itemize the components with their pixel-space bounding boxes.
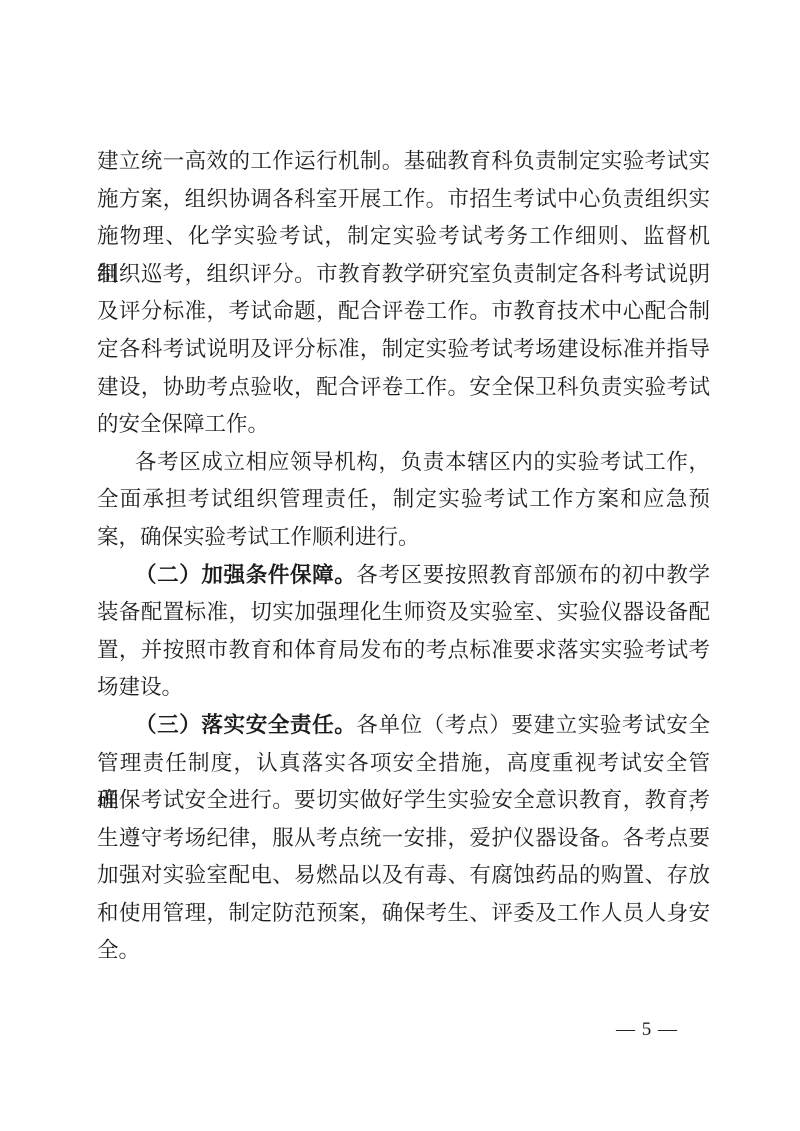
text-line: 管理责任制度，认真落实各项安全措施，高度重视考试安全管理，: [97, 745, 710, 783]
text-line: 定各科考试说明及评分标准，制定实验考试考场建设标准并指导: [97, 331, 710, 369]
document-body: 建立统一高效的工作运行机制。基础教育科负责制定实验考试实施方案，组织协调各科室开…: [97, 143, 710, 970]
text-line: 建设，协助考点验收，配合评卷工作。安全保卫科负责实验考试: [97, 369, 710, 407]
text-line: 及评分标准，考试命题，配合评卷工作。市教育技术中心配合制: [97, 293, 710, 331]
text-line: 场建设。: [97, 669, 710, 707]
text-line: 案，确保实验考试工作顺利进行。: [97, 519, 710, 557]
text-line: 建立统一高效的工作运行机制。基础教育科负责制定实验考试实: [97, 143, 710, 181]
text-line: （二）加强条件保障。各考区要按照教育部颁布的初中教学: [97, 557, 710, 595]
text-line: 确保考试安全进行。要切实做好学生实验安全意识教育，教育考: [97, 782, 710, 820]
text-line: 的安全保障工作。: [97, 406, 710, 444]
section-heading: （三）落实安全责任。: [135, 713, 356, 737]
text-line: （三）落实安全责任。各单位（考点）要建立实验考试安全: [97, 707, 710, 745]
text-line: 和使用管理，制定防范预案，确保考生、评委及工作人员人身安: [97, 895, 710, 933]
text-line: 加强对实验室配电、易燃品以及有毒、有腐蚀药品的购置、存放: [97, 857, 710, 895]
text-line: 生遵守考场纪律，服从考点统一安排，爱护仪器设备。各考点要: [97, 820, 710, 858]
text-line: 装备配置标准，切实加强理化生师资及实验室、实验仪器设备配: [97, 594, 710, 632]
section-heading: （二）加强条件保障。: [135, 563, 356, 587]
text-line: 组织巡考，组织评分。市教育教学研究室负责制定各科考试说明: [97, 256, 710, 294]
page-number: — 5 —: [616, 1019, 678, 1041]
text-line: 全。: [97, 932, 710, 970]
text-line: 施方案，组织协调各科室开展工作。市招生考试中心负责组织实: [97, 181, 710, 219]
text-line: 施物理、化学实验考试，制定实验考试考务工作细则、监督机制，: [97, 218, 710, 256]
text-line: 全面承担考试组织管理责任，制定实验考试工作方案和应急预: [97, 481, 710, 519]
text-line: 置，并按照市教育和体育局发布的考点标准要求落实实验考试考: [97, 632, 710, 670]
document-page: 建立统一高效的工作运行机制。基础教育科负责制定实验考试实施方案，组织协调各科室开…: [0, 0, 800, 1131]
text-line: 各考区成立相应领导机构，负责本辖区内的实验考试工作，: [97, 444, 710, 482]
